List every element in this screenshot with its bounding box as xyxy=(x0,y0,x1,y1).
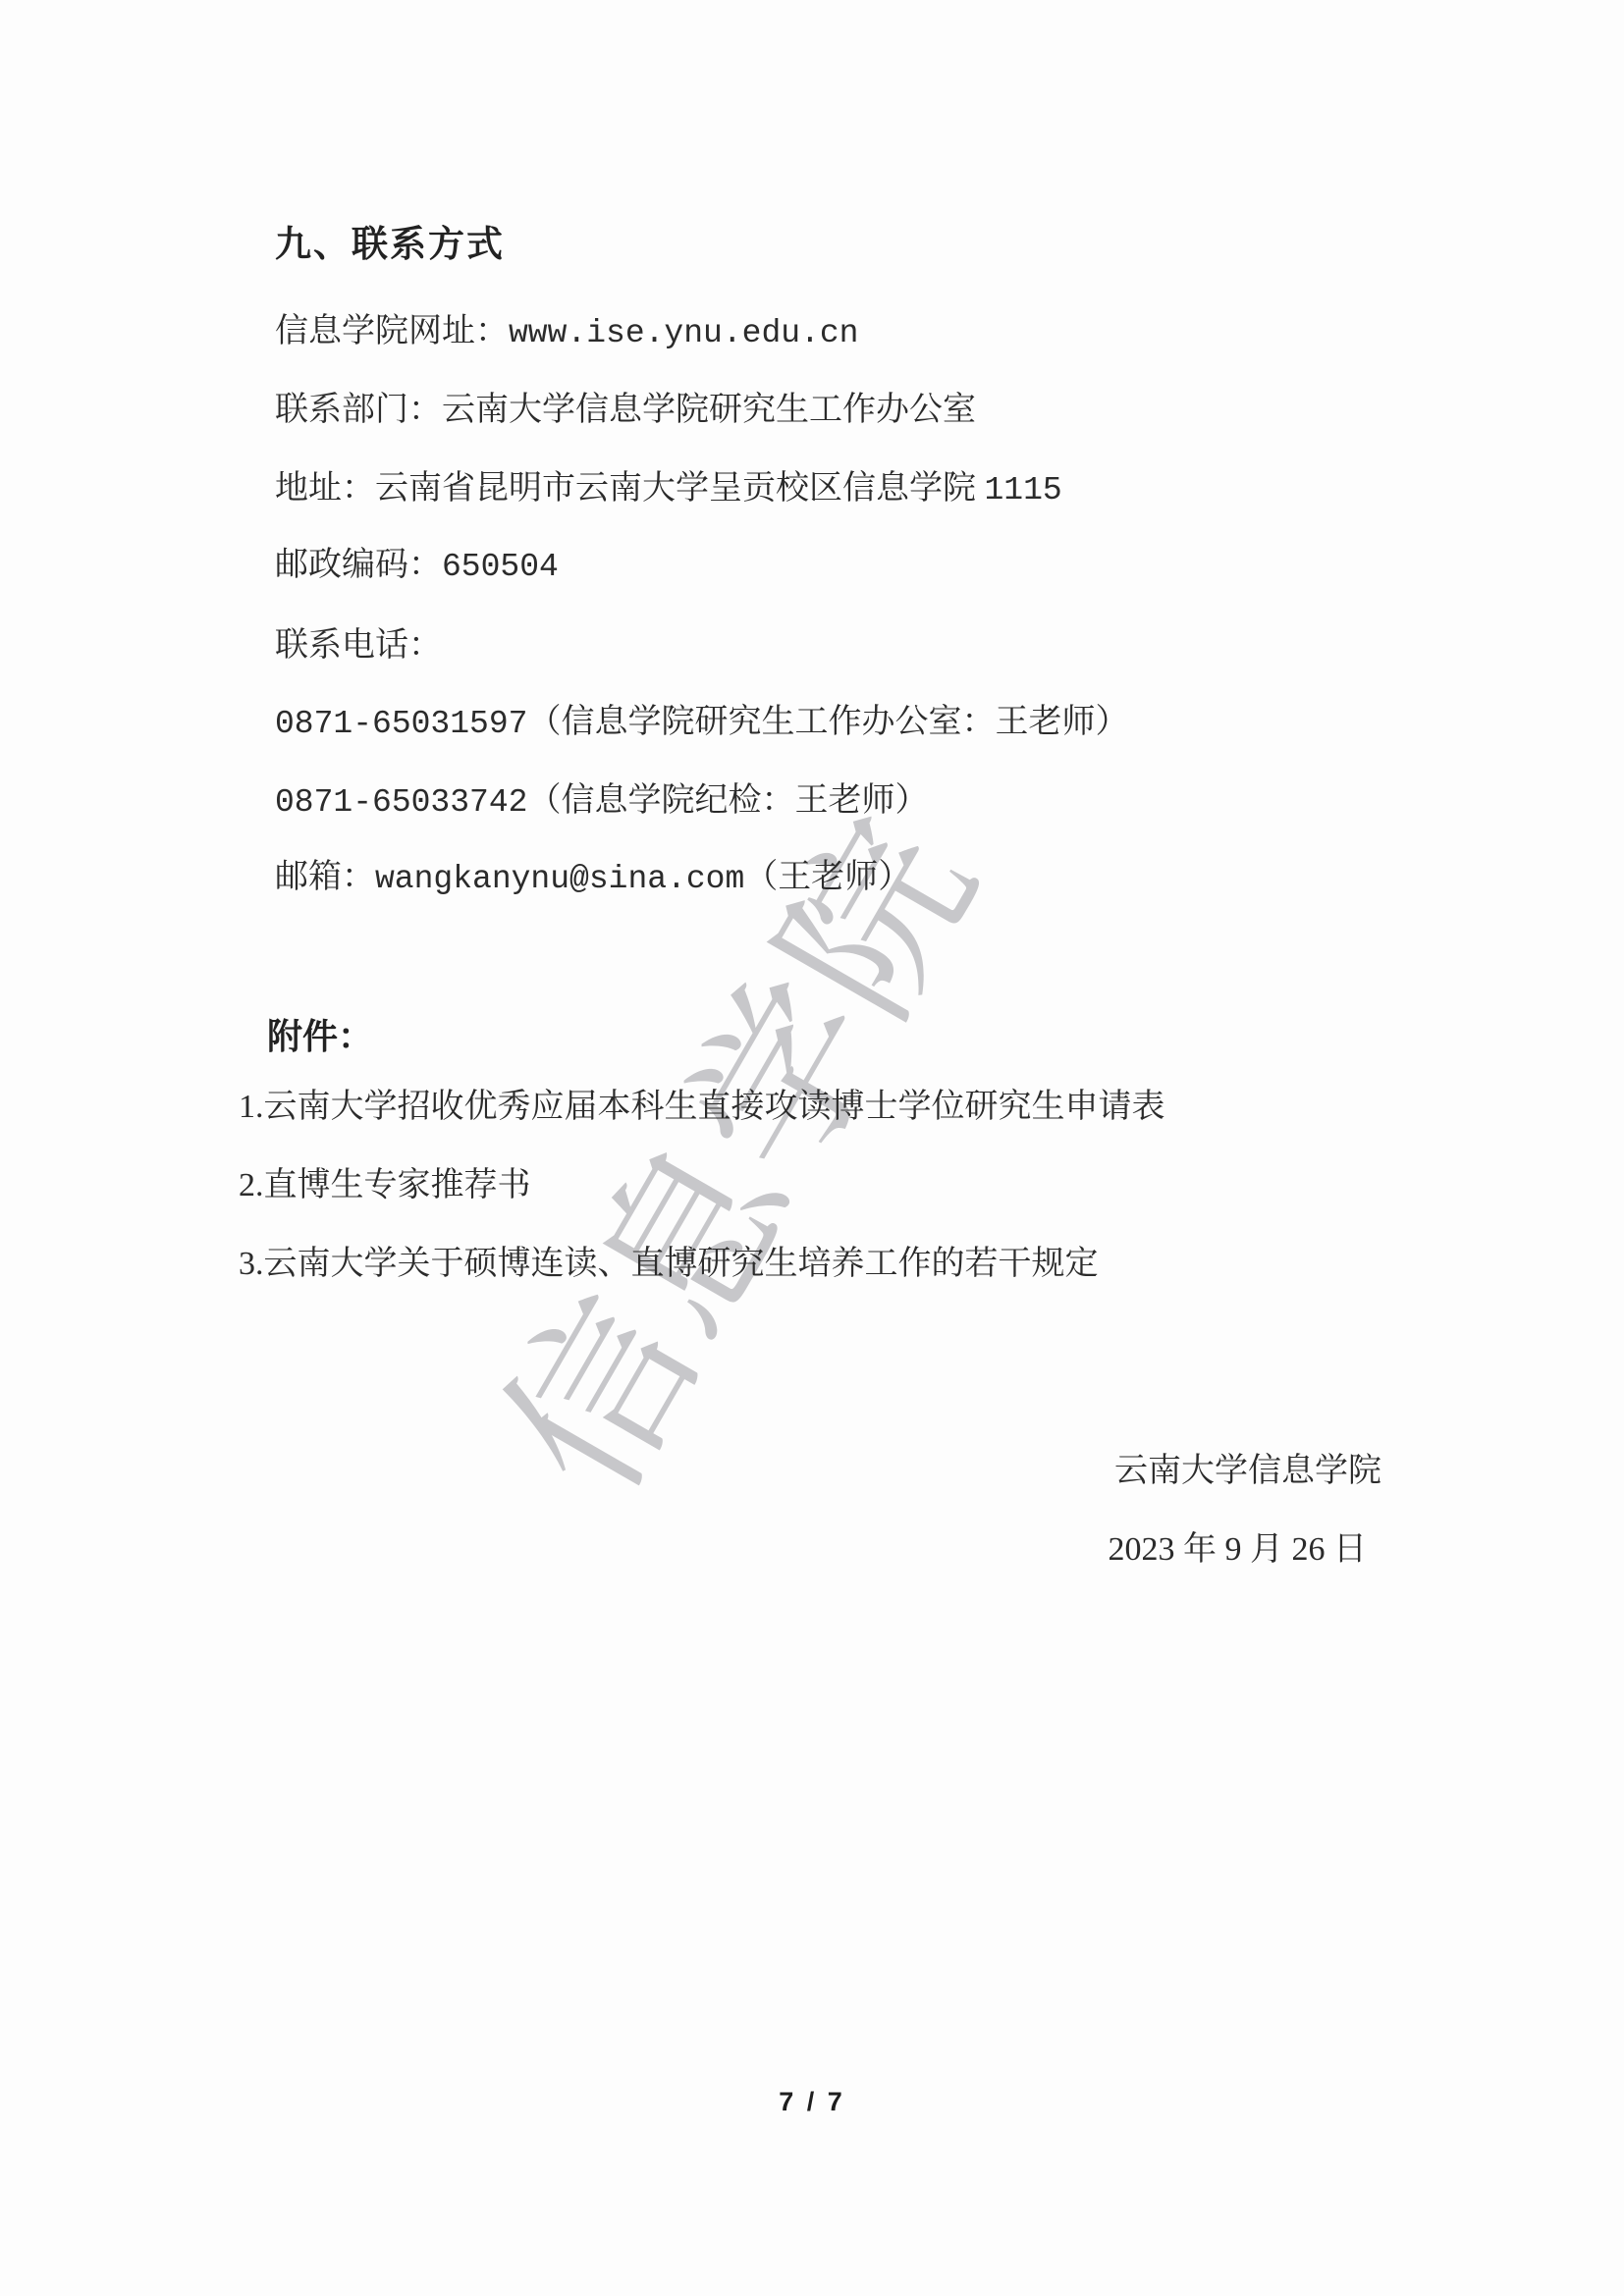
phone-note: （信息学院纪检：王老师） xyxy=(527,782,928,819)
contact-label: 联系电话： xyxy=(275,627,442,664)
phone-number: 0871-65033742 xyxy=(275,784,527,821)
contact-line-website: 信息学院网址：www.ise.ynu.edu.cn xyxy=(275,312,858,353)
contact-line-email: 邮箱：wangkanynu@sina.com（王老师） xyxy=(275,858,911,899)
attachment-item-2: 2.直博生专家推荐书 xyxy=(239,1166,531,1206)
contact-label: 邮政编码： xyxy=(275,547,442,583)
signature-organization: 云南大学信息学院 xyxy=(1114,1443,1381,1491)
email-address: wangkanynu@sina.com xyxy=(375,861,744,897)
contact-line-department: 联系部门：云南大学信息学院研究生工作办公室 xyxy=(275,391,976,432)
address-room-number: 1115 xyxy=(985,472,1062,508)
attachment-item-1: 1.云南大学招收优秀应届本科生直接攻读博士学位研究生申请表 xyxy=(239,1088,1165,1128)
contact-label: 信息学院网址： xyxy=(275,313,509,349)
contact-label: 联系部门：云南大学信息学院研究生工作办公室 xyxy=(275,392,976,428)
attachment-item-3: 3.云南大学关于硕博连读、直博研究生培养工作的若干规定 xyxy=(239,1245,1099,1285)
content-layer: 九、联系方式 信息学院网址：www.ise.ynu.edu.cn 联系部门：云南… xyxy=(0,0,1624,2296)
phone-number: 0871-65031597 xyxy=(275,706,527,742)
contact-label: 邮箱： xyxy=(275,859,375,895)
email-note: （王老师） xyxy=(744,859,911,895)
document-page: 信息学院 九、联系方式 信息学院网址：www.ise.ynu.edu.cn 联系… xyxy=(0,0,1624,2296)
contact-line-address: 地址：云南省昆明市云南大学呈贡校区信息学院 1115 xyxy=(275,469,1062,510)
signature-date: 2023 年 9 月 26 日 xyxy=(1109,1522,1368,1570)
contact-line-phone-1: 0871-65031597（信息学院研究生工作办公室：王老师） xyxy=(275,703,1128,744)
postcode-value: 650504 xyxy=(442,549,559,585)
section-heading: 九、联系方式 xyxy=(275,214,505,267)
website-url: www.ise.ynu.edu.cn xyxy=(509,315,858,351)
phone-note: （信息学院研究生工作办公室：王老师） xyxy=(527,704,1128,740)
contact-line-phone-label: 联系电话： xyxy=(275,626,442,667)
page-number: 7 / 7 xyxy=(0,2087,1624,2117)
contact-line-postcode: 邮政编码：650504 xyxy=(275,546,559,587)
attachments-heading: 附件： xyxy=(267,1009,373,1059)
contact-label: 地址：云南省昆明市云南大学呈贡校区信息学院 xyxy=(275,470,985,507)
contact-line-phone-2: 0871-65033742（信息学院纪检：王老师） xyxy=(275,781,928,823)
